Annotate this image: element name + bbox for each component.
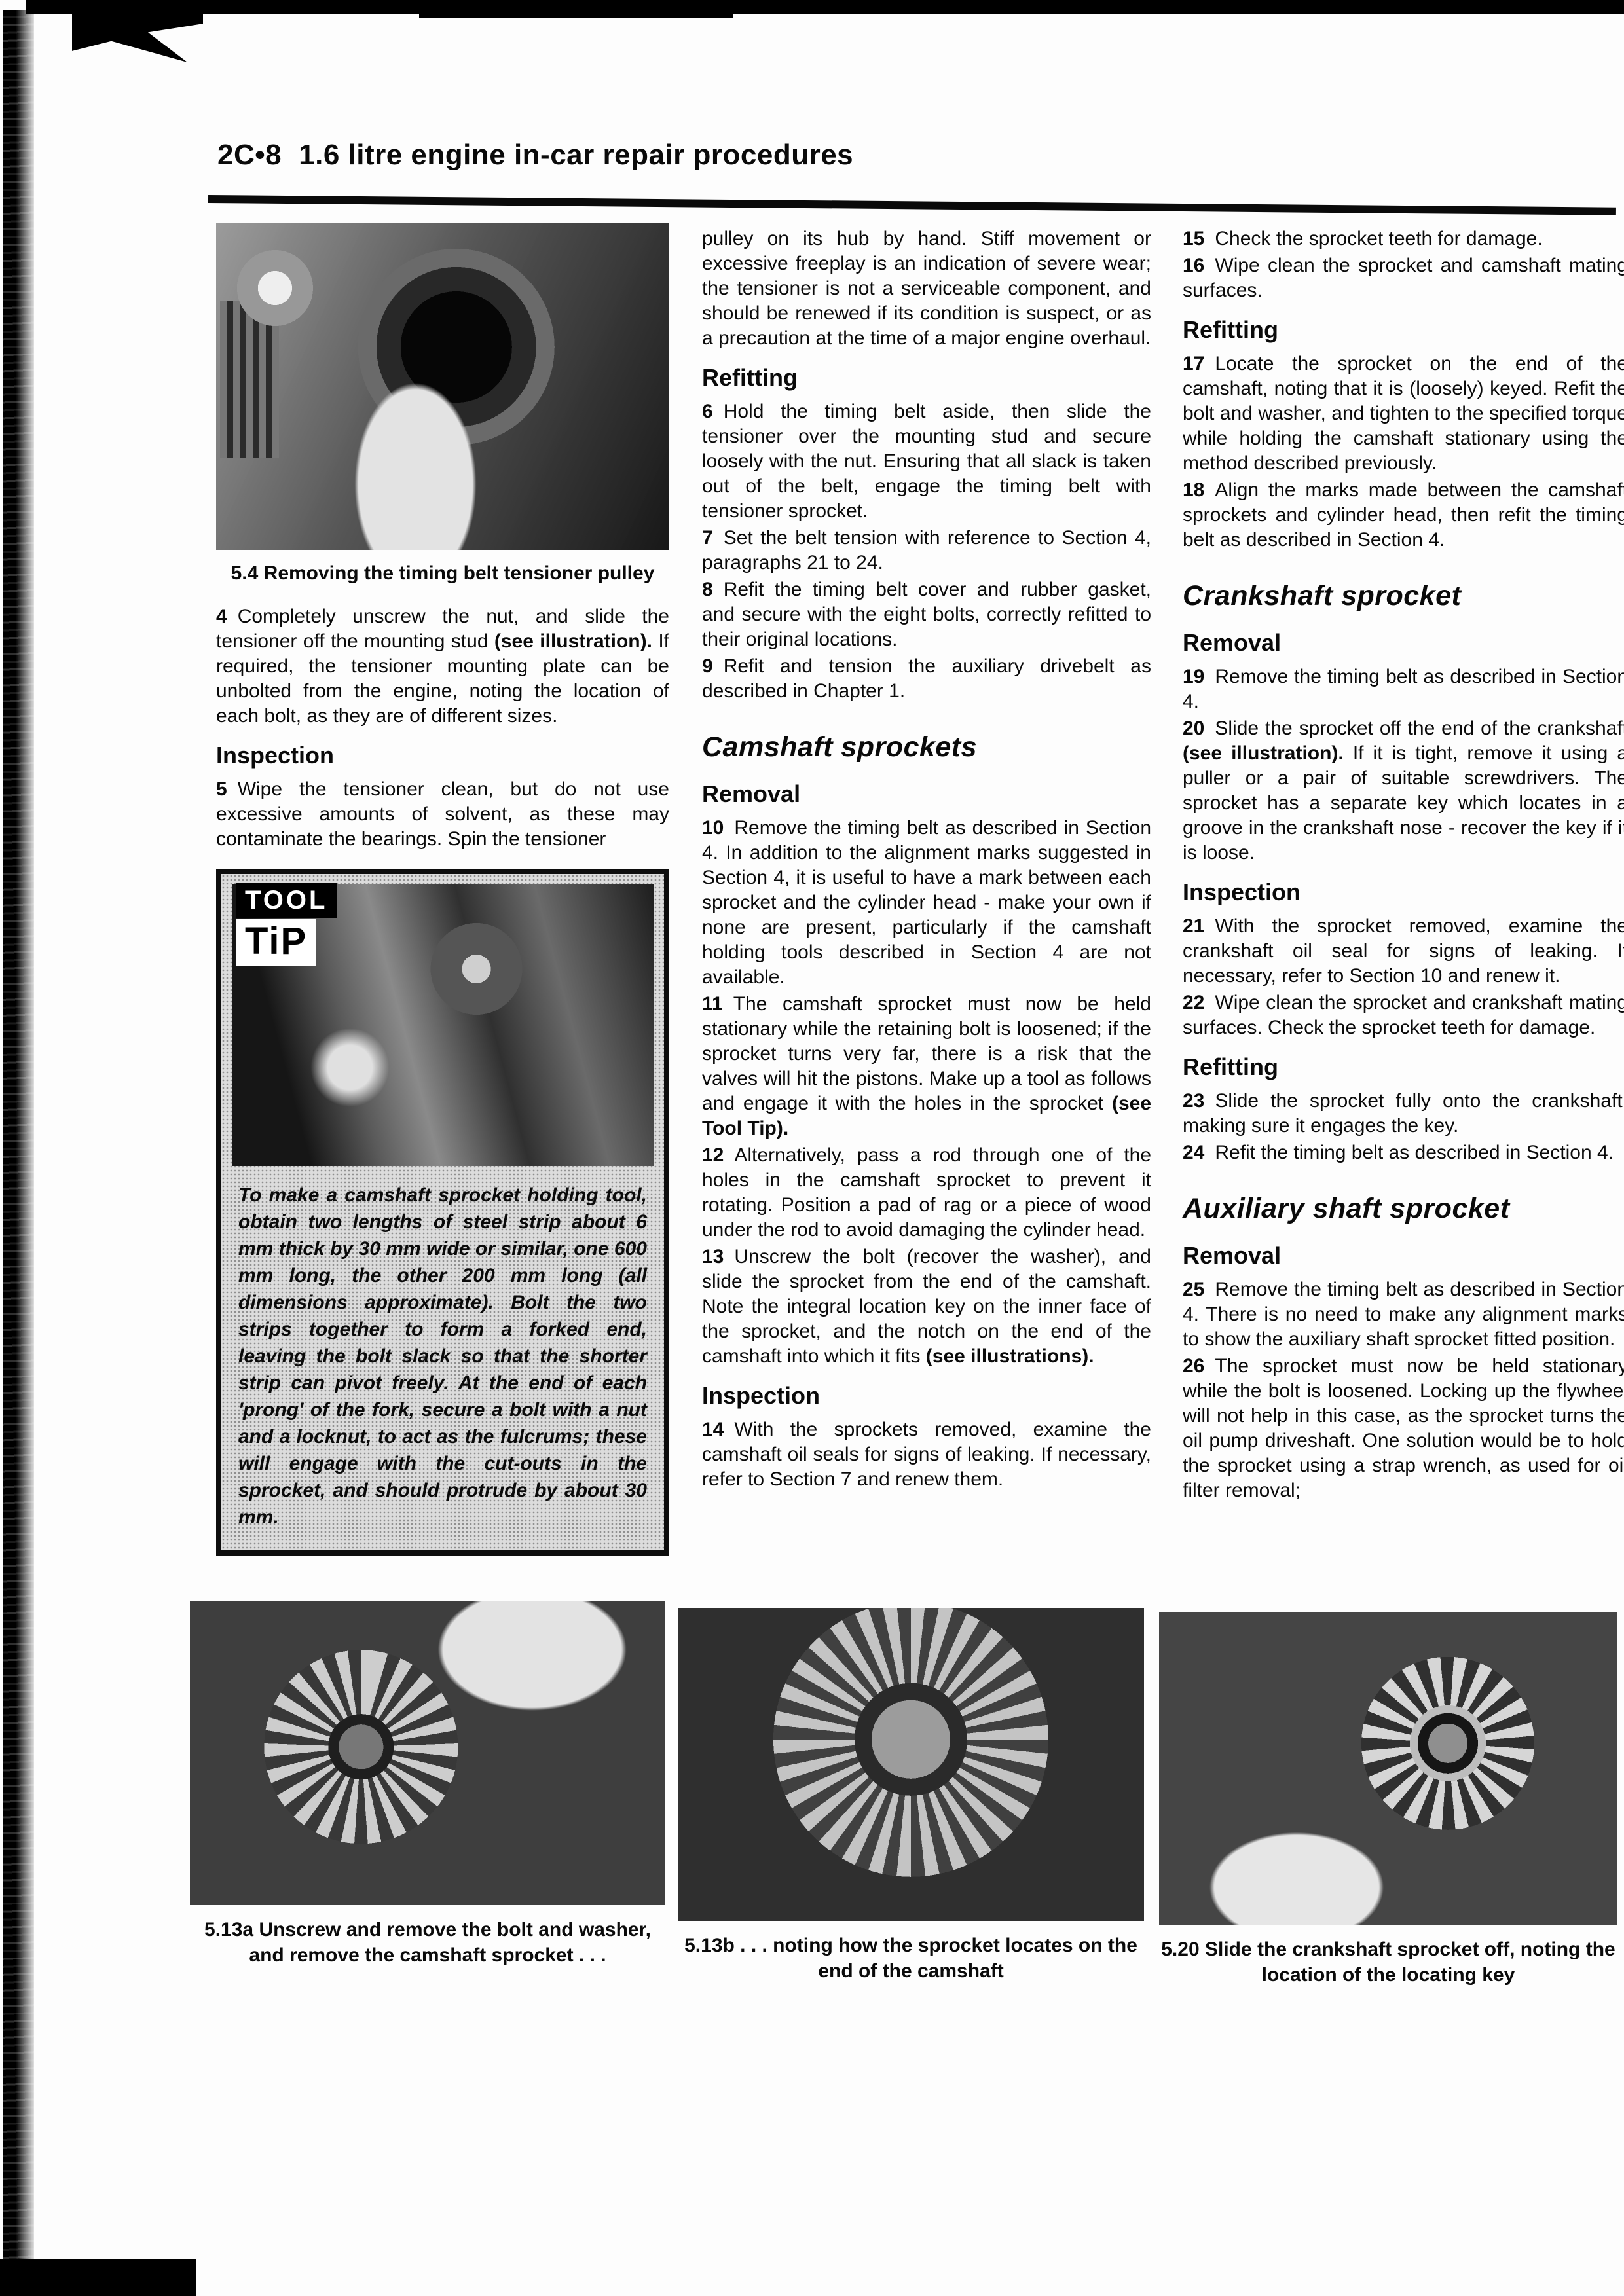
paragraph-number: 24: [1183, 1142, 1204, 1163]
tool-tip-badge: TOOL TiP: [236, 883, 337, 966]
page-title: 1.6 litre engine in-car repair procedure…: [299, 139, 853, 171]
paragraph-number: 23: [1183, 1090, 1204, 1112]
paragraph-text: Check the sprocket teeth for damage.: [1215, 228, 1542, 249]
paragraph-19: 19Remove the timing belt as described in…: [1183, 665, 1624, 714]
subheading-removal: Removal: [1183, 1242, 1624, 1269]
paragraph-number: 5: [216, 778, 227, 800]
paragraph-10: 10Remove the timing belt as described in…: [702, 816, 1151, 990]
paragraph-text: Remove the timing belt as described in S…: [702, 817, 1151, 988]
see-illustrations-ref: (see illustrations).: [926, 1345, 1094, 1367]
column-middle: pulley on its hub by hand. Stiff movemen…: [702, 227, 1151, 1494]
paragraph-number: 13: [702, 1246, 724, 1267]
paragraph-number: 4: [216, 606, 227, 627]
paragraph-9: 9Refit and tension the auxiliary drivebe…: [702, 654, 1151, 704]
subheading-refitting: Refitting: [1183, 316, 1624, 344]
paragraph-16: 16Wipe clean the sprocket and camshaft m…: [1183, 253, 1624, 303]
paragraph-23: 23Slide the sprocket fully onto the cran…: [1183, 1089, 1624, 1139]
paragraph-text: Wipe the tensioner clean, but do not use…: [216, 778, 669, 850]
paragraph-24: 24Refit the timing belt as described in …: [1183, 1140, 1624, 1165]
paragraph-number: 26: [1183, 1355, 1204, 1377]
paragraph-5-continued: pulley on its hub by hand. Stiff movemen…: [702, 227, 1151, 351]
photo-5-4-tensioner-pulley: [216, 223, 669, 550]
paragraph-text: Wipe clean the sprocket and crankshaft m…: [1183, 992, 1624, 1038]
paragraph-5: 5Wipe the tensioner clean, but do not us…: [216, 777, 669, 852]
paragraph-number: 11: [702, 993, 723, 1015]
subheading-inspection: Inspection: [216, 742, 669, 769]
paragraph-text: Hold the timing belt aside, then slide t…: [702, 401, 1151, 522]
paragraph-20: 20Slide the sprocket off the end of the …: [1183, 716, 1624, 866]
paragraph-number: 8: [702, 579, 713, 600]
paragraph-text: The sprocket must now be held stationary…: [1183, 1355, 1624, 1501]
paragraph-text: Wipe clean the sprocket and camshaft mat…: [1183, 255, 1624, 301]
paragraph-number: 12: [702, 1144, 724, 1166]
header-rule: [208, 195, 1616, 215]
photo-5-4-caption: 5.4 Removing the timing belt tensioner p…: [216, 560, 669, 586]
paragraph-number: 22: [1183, 992, 1204, 1013]
paragraph-22: 22Wipe clean the sprocket and crankshaft…: [1183, 991, 1624, 1040]
column-left: 5.4 Removing the timing belt tensioner p…: [216, 223, 669, 1556]
paragraph-text: Slide the sprocket off the end of the cr…: [1215, 718, 1624, 739]
paragraph-number: 21: [1183, 915, 1204, 937]
paragraph-text: Slide the sprocket fully onto the cranks…: [1183, 1090, 1624, 1137]
see-illustration-ref: (see illustration).: [494, 630, 652, 652]
paragraph-number: 17: [1183, 353, 1204, 374]
paragraph-17: 17Locate the sprocket on the end of the …: [1183, 352, 1624, 476]
paragraph-number: 20: [1183, 718, 1204, 739]
paragraph-text: Set the belt tension with reference to S…: [702, 527, 1151, 574]
paragraph-number: 18: [1183, 479, 1204, 501]
subheading-removal: Removal: [702, 780, 1151, 808]
paragraph-text: Locate the sprocket on the end of the ca…: [1183, 353, 1624, 474]
subheading-removal: Removal: [1183, 629, 1624, 657]
paragraph-number: 19: [1183, 666, 1204, 687]
paragraph-21: 21With the sprocket removed, examine the…: [1183, 914, 1624, 989]
paragraph-number: 9: [702, 655, 713, 677]
paragraph-text: With the sprockets removed, examine the …: [702, 1419, 1151, 1490]
paragraph-25: 25Remove the timing belt as described in…: [1183, 1277, 1624, 1352]
paragraph-6: 6Hold the timing belt aside, then slide …: [702, 399, 1151, 524]
page-header: 2C•81.6 litre engine in-car repair proce…: [217, 139, 853, 172]
paragraph-number: 6: [702, 401, 713, 422]
paragraph-14: 14With the sprockets removed, examine th…: [702, 1417, 1151, 1492]
paragraph-text: Refit the timing belt as described in Se…: [1215, 1142, 1614, 1163]
scan-artifact-top-bar: [26, 0, 1624, 14]
paragraph-number: 14: [702, 1419, 724, 1440]
paragraph-text: Refit the timing belt cover and rubber g…: [702, 579, 1151, 650]
paragraph-11: 11The camshaft sprocket must now be held…: [702, 992, 1151, 1141]
photo-5-20-caption: 5.20 Slide the crankshaft sprocket off, …: [1159, 1937, 1617, 1988]
tool-tip-text: To make a camshaft sprocket holding tool…: [221, 1176, 664, 1550]
scan-artifact-top-bar-2: [419, 13, 733, 18]
page-number: 2C•8: [217, 139, 282, 171]
subheading-inspection: Inspection: [702, 1382, 1151, 1410]
section-heading-crankshaft-sprocket: Crankshaft sprocket: [1183, 580, 1624, 612]
paragraph-text: Alternatively, pass a rod through one of…: [702, 1144, 1151, 1241]
scan-artifact-bottom-bar: [0, 2259, 196, 2296]
paragraph-text: With the sprocket removed, examine the c…: [1183, 915, 1624, 987]
paragraph-4: 4Completely unscrew the nut, and slide t…: [216, 604, 669, 729]
paragraph-number: 25: [1183, 1279, 1204, 1300]
photo-5-13a-camshaft-sprocket: [190, 1601, 665, 1905]
paragraph-7: 7Set the belt tension with reference to …: [702, 526, 1151, 575]
paragraph-text: The camshaft sprocket must now be held s…: [702, 993, 1151, 1114]
tip-badge-label: TiP: [236, 919, 316, 966]
scan-artifact-corner-blob: [72, 0, 203, 62]
paragraph-13: 13Unscrew the bolt (recover the washer),…: [702, 1245, 1151, 1369]
paragraph-number: 7: [702, 527, 713, 549]
paragraph-number: 15: [1183, 228, 1204, 249]
tool-tip-box: TOOL TiP To make a camshaft sprocket hol…: [216, 869, 669, 1556]
paragraph-text: Remove the timing belt as described in S…: [1183, 1279, 1624, 1350]
tool-badge-label: TOOL: [236, 883, 337, 918]
paragraph-26: 26The sprocket must now be held stationa…: [1183, 1354, 1624, 1503]
paragraph-text: Refit and tension the auxiliary drivebel…: [702, 655, 1151, 702]
paragraph-number: 16: [1183, 255, 1204, 276]
column-right: 15Check the sprocket teeth for damage. 1…: [1183, 227, 1624, 1505]
section-heading-auxiliary-shaft-sprocket: Auxiliary shaft sprocket: [1183, 1193, 1624, 1225]
section-heading-camshaft-sprockets: Camshaft sprockets: [702, 731, 1151, 763]
paragraph-18: 18Align the marks made between the camsh…: [1183, 478, 1624, 553]
photo-5-13b-caption: 5.13b . . . noting how the sprocket loca…: [678, 1933, 1144, 1984]
paragraph-number: 10: [702, 817, 724, 839]
paragraph-8: 8Refit the timing belt cover and rubber …: [702, 577, 1151, 652]
photo-5-13b-sprocket-locates: [678, 1608, 1144, 1921]
subheading-refitting: Refitting: [1183, 1053, 1624, 1081]
photo-5-13a-caption: 5.13a Unscrew and remove the bolt and wa…: [190, 1917, 665, 1968]
see-illustration-ref: (see illustration).: [1183, 742, 1344, 764]
scan-artifact-left-edge: [3, 10, 34, 2279]
paragraph-15: 15Check the sprocket teeth for damage.: [1183, 227, 1624, 251]
paragraph-text: Align the marks made between the camshaf…: [1183, 479, 1624, 551]
subheading-inspection: Inspection: [1183, 879, 1624, 906]
photo-5-20-crankshaft-sprocket: [1159, 1612, 1617, 1925]
paragraph-text: Remove the timing belt as described in S…: [1183, 666, 1624, 712]
subheading-refitting: Refitting: [702, 364, 1151, 392]
paragraph-12: 12Alternatively, pass a rod through one …: [702, 1143, 1151, 1243]
